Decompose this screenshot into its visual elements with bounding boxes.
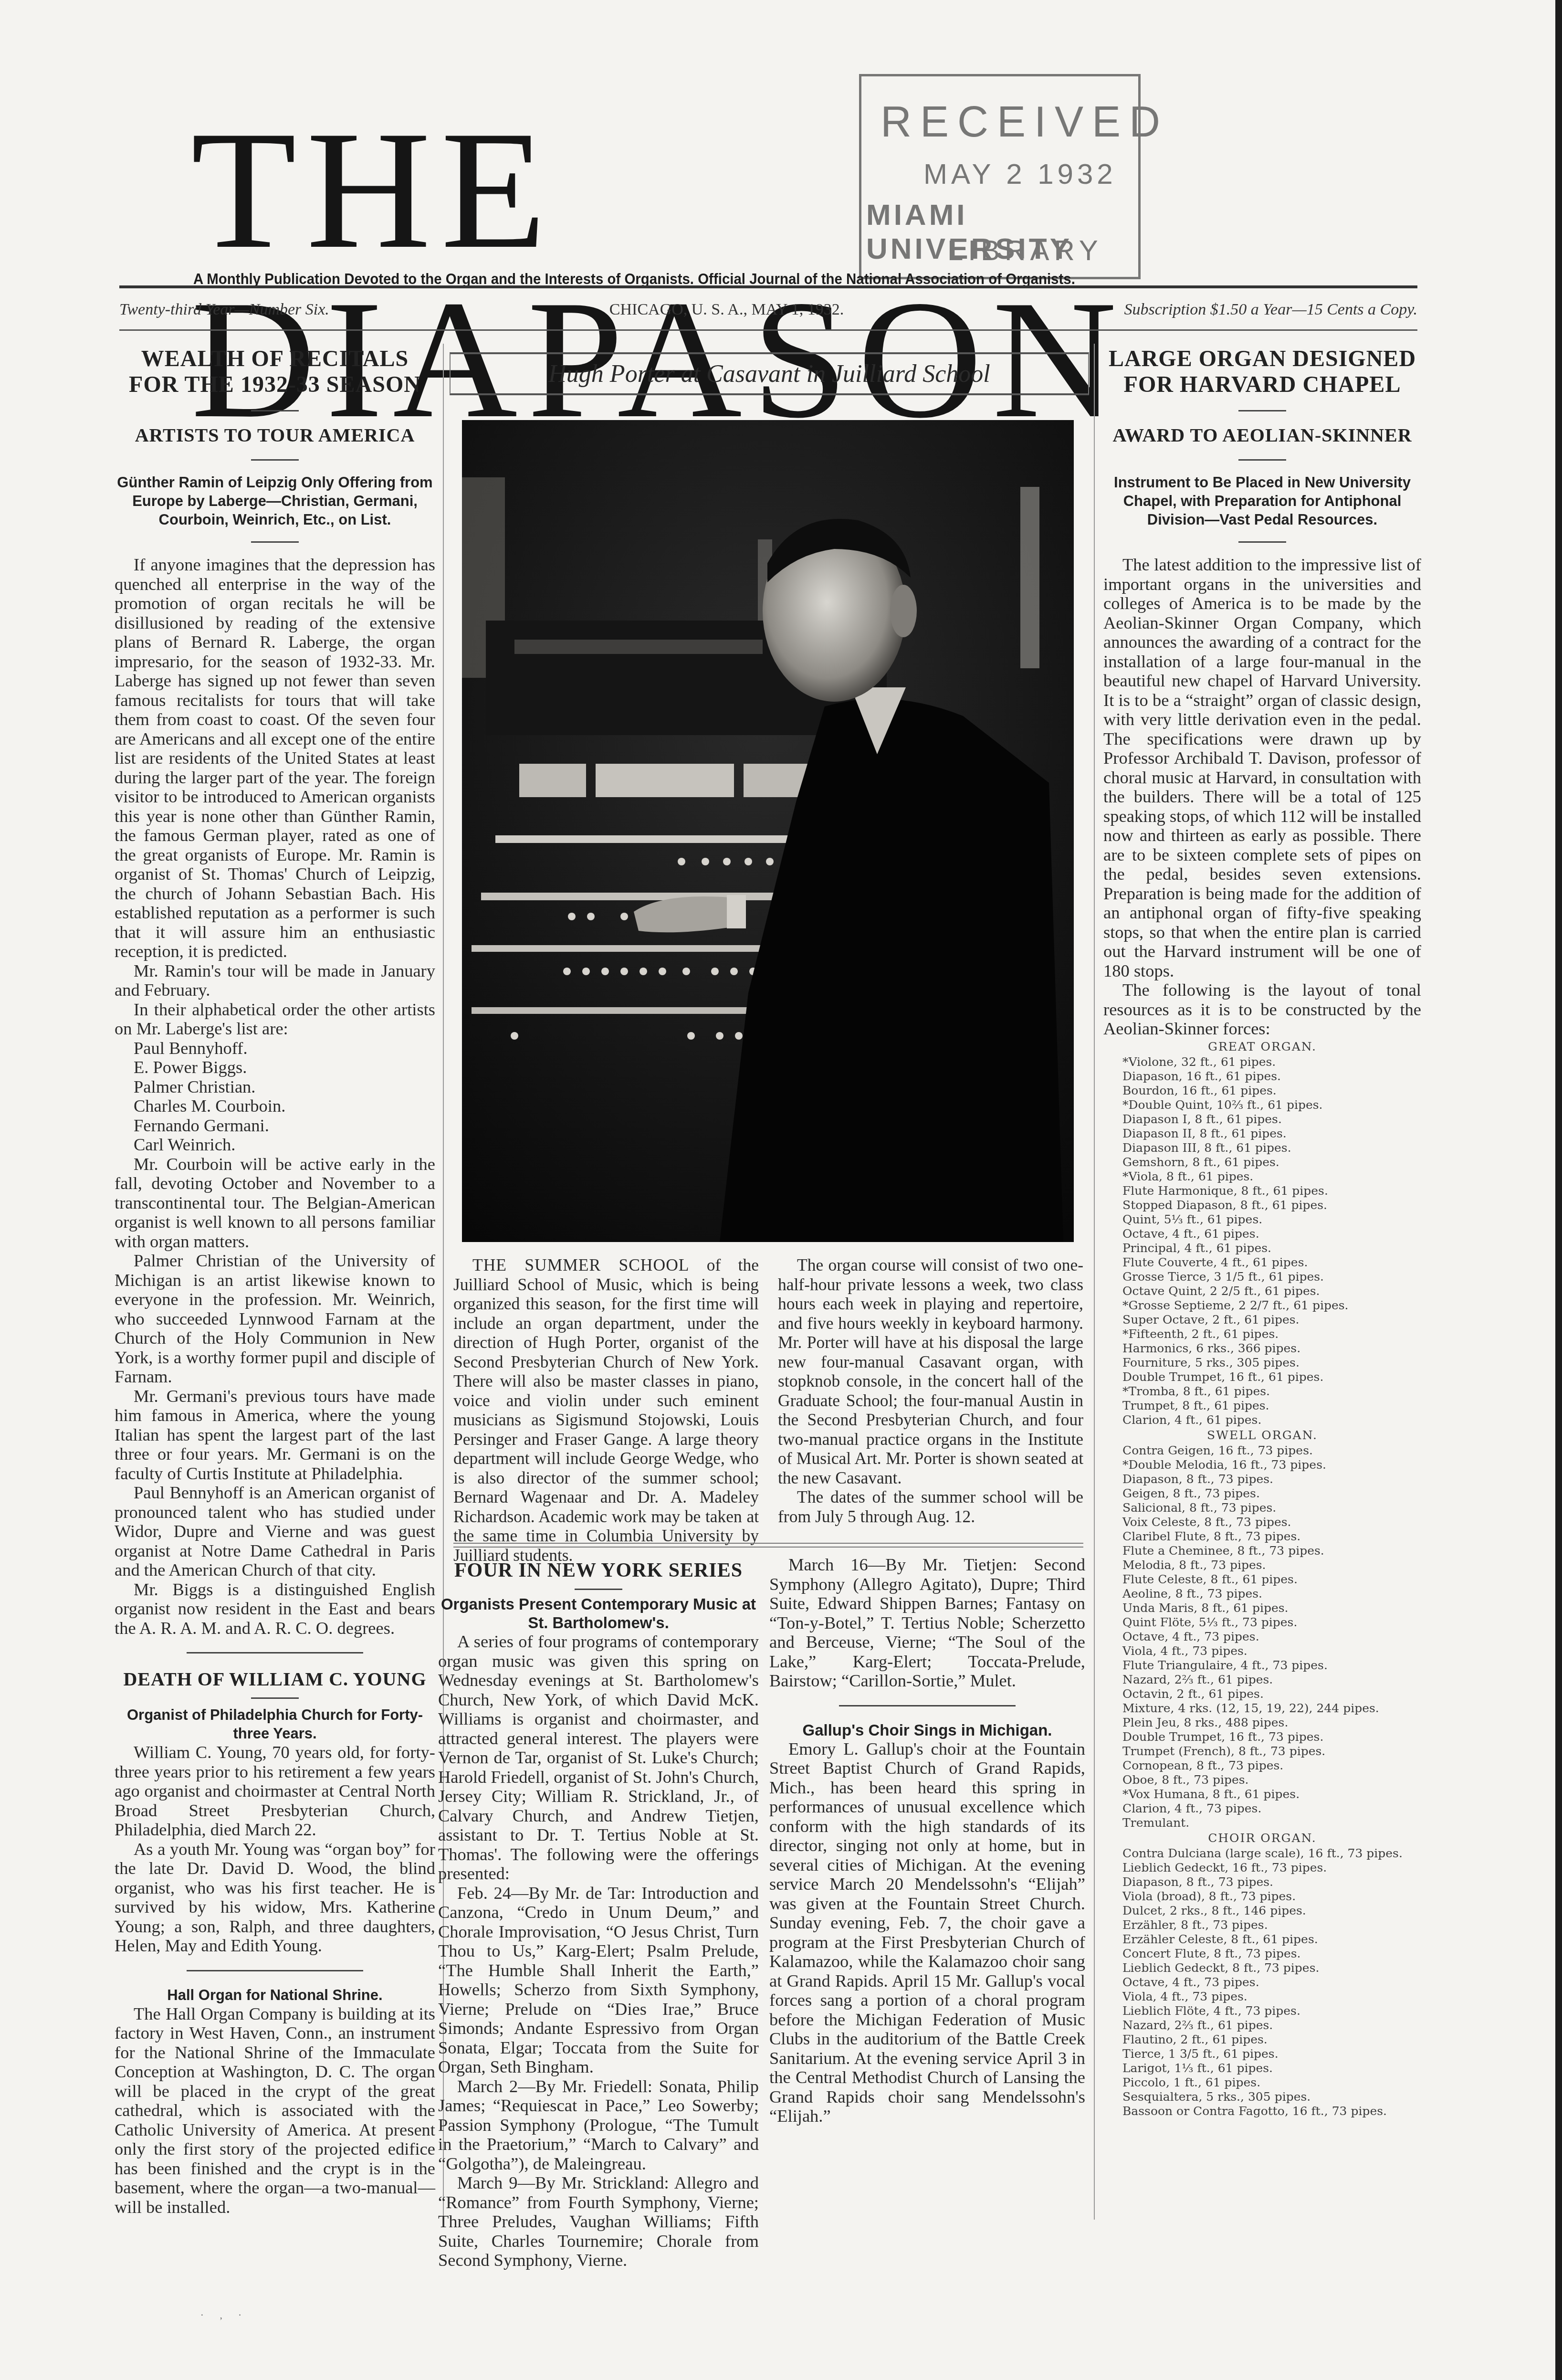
paragraph: The latest addition to the impressive li… xyxy=(1103,555,1421,980)
stop-list-item: Flute Couverte, 4 ft., 61 pipes. xyxy=(1103,1255,1421,1270)
stop-list-item: Harmonics, 6 rks., 366 pipes. xyxy=(1103,1341,1421,1356)
stop-list-item: Larigot, 1⅓ ft., 61 pipes. xyxy=(1103,2061,1421,2075)
division-title-choir: CHOIR ORGAN. xyxy=(1103,1831,1421,1845)
stop-list-item: Flautino, 2 ft., 61 pipes. xyxy=(1103,2032,1421,2047)
stop-list-item: Geigen, 8 ft., 73 pipes. xyxy=(1103,1486,1421,1501)
stop-list-item: Super Octave, 2 ft., 61 pipes. xyxy=(1103,1313,1421,1327)
stop-list-item: Lieblich Gedeckt, 8 ft., 73 pipes. xyxy=(1103,1961,1421,1975)
stop-list-item: Diapason, 8 ft., 73 pipes. xyxy=(1103,1472,1421,1486)
choir-organ-stops: Contra Dulciana (large scale), 16 ft., 7… xyxy=(1103,1846,1421,2118)
paragraph: As a youth Mr. Young was “organ boy” for… xyxy=(115,1840,435,1956)
divider xyxy=(187,1970,363,1971)
article-headline-recitals: WEALTH OF RECITALS FOR THE 1932-33 SEASO… xyxy=(115,346,435,398)
paragraph: Paul Bennyhoff is an American organist o… xyxy=(115,1483,435,1580)
stop-list-item: Principal, 4 ft., 61 pipes. xyxy=(1103,1241,1421,1255)
article-headline-new-york: FOUR IN NEW YORK SERIES xyxy=(438,1559,759,1582)
article-headline-gallup: Gallup's Choir Sings in Michigan. xyxy=(769,1721,1085,1739)
stop-list-item: Lieblich Flöte, 4 ft., 73 pipes. xyxy=(1103,2004,1421,2018)
stop-list-item: Octave, 4 ft., 73 pipes. xyxy=(1103,1630,1421,1644)
artist-name: E. Power Biggs. xyxy=(115,1058,435,1077)
stop-list-item: Tierce, 1 3/5 ft., 61 pipes. xyxy=(1103,2047,1421,2061)
swell-organ-stops: Contra Geigen, 16 ft., 73 pipes.*Double … xyxy=(1103,1443,1421,1830)
stop-list-item: Aeoline, 8 ft., 73 pipes. xyxy=(1103,1587,1421,1601)
stop-list-item: *Vox Humana, 8 ft., 61 pipes. xyxy=(1103,1787,1421,1801)
stop-list-item: Viola, 4 ft., 73 pipes. xyxy=(1103,1644,1421,1658)
stop-list-item: Diapason II, 8 ft., 61 pipes. xyxy=(1103,1127,1421,1141)
stop-list-item: Clarion, 4 ft., 73 pipes. xyxy=(1103,1801,1421,1816)
paragraph-text: of the Juilliard School of Music, which … xyxy=(453,1255,759,1565)
stamp-library: LIBRARY xyxy=(947,234,1103,267)
new-york-series-article: FOUR IN NEW YORK SERIES Organists Presen… xyxy=(438,1555,759,2270)
photo-headline: Hugh Porter at Casavant in Juilliard Sch… xyxy=(548,360,990,388)
section-rule xyxy=(453,1543,1083,1548)
stop-list-item: Claribel Flute, 8 ft., 73 pipes. xyxy=(1103,1529,1421,1544)
paragraph: The dates of the summer school will be f… xyxy=(778,1487,1083,1526)
stop-list-item: *Viola, 8 ft., 61 pipes. xyxy=(1103,1169,1421,1184)
stop-list-item: Flute Triangulaire, 4 ft., 73 pipes. xyxy=(1103,1658,1421,1673)
stop-list-item: Sesquialtera, 5 rks., 305 pipes. xyxy=(1103,2090,1421,2104)
column-rule xyxy=(1094,344,1095,2220)
date-place: CHICAGO, U. S. A., MAY 1, 1932. xyxy=(609,301,844,319)
stamp-date: MAY 2 1932 xyxy=(923,158,1117,190)
left-column: WEALTH OF RECITALS FOR THE 1932-33 SEASO… xyxy=(115,341,435,2217)
stop-list-item: Flute Celeste, 8 ft., 61 pipes. xyxy=(1103,1572,1421,1587)
masthead-rule xyxy=(119,285,1417,288)
stop-list-item: *Double Melodia, 16 ft., 73 pipes. xyxy=(1103,1458,1421,1472)
stop-list-item: Tremulant. xyxy=(1103,1816,1421,1830)
article-headline-harvard: LARGE ORGAN DESIGNED FOR HARVARD CHAPEL xyxy=(1103,346,1421,398)
stop-list-item: Diapason, 16 ft., 61 pipes. xyxy=(1103,1069,1421,1084)
divider xyxy=(251,459,299,461)
paragraph: The Hall Organ Company is building at it… xyxy=(115,2004,435,2217)
stop-list-item: Viola (broad), 8 ft., 73 pipes. xyxy=(1103,1889,1421,1904)
stop-list-item: Nazard, 2⅔ ft., 61 pipes. xyxy=(1103,1673,1421,1687)
article-deck-ramin: Günther Ramin of Leipzig Only Offering f… xyxy=(115,473,435,529)
lead-caps: THE SUMMER SCHOOL xyxy=(472,1255,689,1274)
divider xyxy=(839,1705,1016,1706)
stop-list-item: Octave, 4 ft., 61 pipes. xyxy=(1103,1227,1421,1241)
stop-list-item: Octave, 4 ft., 73 pipes. xyxy=(1103,1975,1421,1990)
stop-list-item: Octavin, 2 ft., 61 pipes. xyxy=(1103,1687,1421,1701)
paragraph: March 16—By Mr. Tietjen: Second Symphony… xyxy=(769,1555,1085,1691)
division-title-great: GREAT ORGAN. xyxy=(1103,1040,1421,1054)
stop-list-item: Unda Maris, 8 ft., 61 pipes. xyxy=(1103,1601,1421,1615)
artist-list: Paul Bennyhoff. E. Power Biggs. Palmer C… xyxy=(115,1039,435,1155)
stop-list-item: Mixture, 4 rks. (12, 15, 19, 22), 244 pi… xyxy=(1103,1701,1421,1716)
divider xyxy=(251,410,299,411)
paragraph: Mr. Biggs is a distinguished English org… xyxy=(115,1580,435,1638)
stop-list-item: Cornopean, 8 ft., 73 pipes. xyxy=(1103,1759,1421,1773)
stop-list-item: Gemshorn, 8 ft., 61 pipes. xyxy=(1103,1155,1421,1169)
paragraph: Palmer Christian of the University of Mi… xyxy=(115,1251,435,1387)
hugh-porter-photo xyxy=(462,420,1074,1242)
stop-list-item: Stopped Diapason, 8 ft., 61 pipes. xyxy=(1103,1198,1421,1212)
paragraph: Mr. Ramin's tour will be made in January… xyxy=(115,961,435,1000)
article-headline-young: DEATH OF WILLIAM C. YOUNG xyxy=(115,1668,435,1691)
stop-list-item: *Tromba, 8 ft., 61 pipes. xyxy=(1103,1384,1421,1399)
paragraph: Mr. Germani's previous tours have made h… xyxy=(115,1387,435,1484)
summer-school-article: THE SUMMER SCHOOL of the Juilliard Schoo… xyxy=(453,1255,1083,1565)
stop-list-item: Double Trumpet, 16 ft., 61 pipes. xyxy=(1103,1370,1421,1384)
paragraph: In their alphabetical order the other ar… xyxy=(115,1000,435,1039)
stop-list-item: Piccolo, 1 ft., 61 pipes. xyxy=(1103,2075,1421,2090)
stop-list-item: Clarion, 4 ft., 61 pipes. xyxy=(1103,1413,1421,1427)
volume-number: Twenty-third Year—Number Six. xyxy=(119,301,329,319)
stop-list-item: Bassoon or Contra Fagotto, 16 ft., 73 pi… xyxy=(1103,2104,1421,2118)
stop-list-item: Quint, 5⅓ ft., 61 pipes. xyxy=(1103,1212,1421,1227)
stop-list-item: Trumpet (French), 8 ft., 73 pipes. xyxy=(1103,1744,1421,1759)
great-organ-stops: *Violone, 32 ft., 61 pipes.Diapason, 16 … xyxy=(1103,1055,1421,1427)
divider xyxy=(1238,459,1286,461)
divider xyxy=(1238,410,1286,411)
stop-list-item: Contra Geigen, 16 ft., 73 pipes. xyxy=(1103,1443,1421,1458)
paragraph: The organ course will consist of two one… xyxy=(778,1255,1083,1487)
stop-list-item: Voix Celeste, 8 ft., 73 pipes. xyxy=(1103,1515,1421,1529)
article-subhead-artists: ARTISTS TO TOUR AMERICA xyxy=(115,424,435,447)
stop-list-item: Flute a Cheminee, 8 ft., 73 pipes. xyxy=(1103,1544,1421,1558)
stop-list-item: Plein Jeu, 8 rks., 488 pipes. xyxy=(1103,1716,1421,1730)
stop-list-item: Quint Flöte, 5⅓ ft., 73 pipes. xyxy=(1103,1615,1421,1630)
paragraph: The following is the layout of tonal res… xyxy=(1103,980,1421,1039)
photo-illustration xyxy=(462,420,1074,1242)
article-headline-hall-organ: Hall Organ for National Shrine. xyxy=(115,1986,435,2004)
stop-list-item: Contra Dulciana (large scale), 16 ft., 7… xyxy=(1103,1846,1421,1861)
right-column: LARGE ORGAN DESIGNED FOR HARVARD CHAPEL … xyxy=(1103,341,1421,2118)
stop-list-item: Melodia, 8 ft., 73 pipes. xyxy=(1103,1558,1421,1572)
stop-list-item: Oboe, 8 ft., 73 pipes. xyxy=(1103,1773,1421,1787)
paragraph: March 2—By Mr. Friedell: Sonata, Philip … xyxy=(438,2077,759,2174)
dateline-rule xyxy=(119,329,1417,331)
stop-list-item: Erzähler, 8 ft., 73 pipes. xyxy=(1103,1918,1421,1932)
stop-list-item: *Grosse Septieme, 2 2/7 ft., 61 pipes. xyxy=(1103,1298,1421,1313)
artist-name: Carl Weinrich. xyxy=(115,1135,435,1155)
newspaper-page: THE DIAPASON RECEIVED MAY 2 1932 MIAMI U… xyxy=(0,0,1562,2380)
scan-edge xyxy=(1555,0,1562,2380)
stop-list-item: Fourniture, 5 rks., 305 pipes. xyxy=(1103,1356,1421,1370)
paragraph: If anyone imagines that the depression h… xyxy=(115,555,435,961)
artist-name: Palmer Christian. xyxy=(115,1077,435,1097)
stop-list-item: *Fifteenth, 2 ft., 61 pipes. xyxy=(1103,1327,1421,1341)
stop-list-item: Viola, 4 ft., 73 pipes. xyxy=(1103,1990,1421,2004)
article-deck-bartholomew: Organists Present Contemporary Music at … xyxy=(438,1595,759,1632)
new-york-series-continued: March 16—By Mr. Tietjen: Second Symphony… xyxy=(769,1555,1085,2126)
stop-list-item: Double Trumpet, 16 ft., 73 pipes. xyxy=(1103,1730,1421,1744)
article-subhead-aeolian: AWARD TO AEOLIAN-SKINNER xyxy=(1103,424,1421,447)
summer-school-col-1: THE SUMMER SCHOOL of the Juilliard Schoo… xyxy=(453,1255,759,1565)
paragraph: Feb. 24—By Mr. de Tar: Introduction and … xyxy=(438,1884,759,2077)
stop-list-item: Dulcet, 2 rks., 8 ft., 146 pipes. xyxy=(1103,1904,1421,1918)
paragraph: Emory L. Gallup's choir at the Fountain … xyxy=(769,1739,1085,2126)
stop-list-item: Lieblich Gedeckt, 16 ft., 73 pipes. xyxy=(1103,1861,1421,1875)
paragraph: Mr. Courboin will be active early in the… xyxy=(115,1155,435,1252)
paragraph: March 9—By Mr. Strickland: Allegro and “… xyxy=(438,2173,759,2270)
summer-school-col-2: The organ course will consist of two one… xyxy=(778,1255,1083,1565)
stop-list-item: Diapason III, 8 ft., 61 pipes. xyxy=(1103,1141,1421,1155)
stop-list-item: *Violone, 32 ft., 61 pipes. xyxy=(1103,1055,1421,1069)
divider xyxy=(575,1589,622,1590)
artist-name: Fernando Germani. xyxy=(115,1116,435,1136)
photo-headline-box: Hugh Porter at Casavant in Juilliard Sch… xyxy=(450,352,1089,395)
scan-specks: · ‚ · xyxy=(200,2310,248,2321)
article-deck-harvard: Instrument to Be Placed in New Universit… xyxy=(1103,473,1421,529)
stop-list-item: Grosse Tierce, 3 1/5 ft., 61 pipes. xyxy=(1103,1270,1421,1284)
paragraph: THE SUMMER SCHOOL of the Juilliard Schoo… xyxy=(453,1255,759,1565)
stop-list-item: Concert Flute, 8 ft., 73 pipes. xyxy=(1103,1947,1421,1961)
stop-list-item: Bourdon, 16 ft., 61 pipes. xyxy=(1103,1084,1421,1098)
stop-list-item: Diapason I, 8 ft., 61 pipes. xyxy=(1103,1112,1421,1127)
subscription-price: Subscription $1.50 a Year—15 Cents a Cop… xyxy=(1124,301,1417,319)
artist-name: Charles M. Courboin. xyxy=(115,1096,435,1116)
dateline-bar: Twenty-third Year—Number Six. CHICAGO, U… xyxy=(119,301,1417,319)
stop-list-item: Octave Quint, 2 2/5 ft., 61 pipes. xyxy=(1103,1284,1421,1298)
stop-list-item: Salicional, 8 ft., 73 pipes. xyxy=(1103,1501,1421,1515)
divider xyxy=(251,1697,299,1699)
paragraph: A series of four programs of contemporar… xyxy=(438,1632,759,1884)
artist-name: Paul Bennyhoff. xyxy=(115,1039,435,1058)
stamp-received: RECEIVED xyxy=(881,98,1169,147)
stop-list-item: Flute Harmonique, 8 ft., 61 pipes. xyxy=(1103,1184,1421,1198)
paragraph: William C. Young, 70 years old, for fort… xyxy=(115,1743,435,1840)
stop-list: GREAT ORGAN. *Violone, 32 ft., 61 pipes.… xyxy=(1103,1040,1421,2118)
stop-list-item: Diapason, 8 ft., 73 pipes. xyxy=(1103,1875,1421,1889)
stop-list-item: *Double Quint, 10⅔ ft., 61 pipes. xyxy=(1103,1098,1421,1112)
divider xyxy=(251,541,299,543)
divider xyxy=(187,1652,363,1653)
stop-list-item: Erzähler Celeste, 8 ft., 61 pipes. xyxy=(1103,1932,1421,1947)
library-received-stamp: RECEIVED MAY 2 1932 MIAMI UNIVERSITY LIB… xyxy=(859,74,1141,279)
stop-list-item: Trumpet, 8 ft., 61 pipes. xyxy=(1103,1399,1421,1413)
divider xyxy=(1238,541,1286,543)
division-title-swell: SWELL ORGAN. xyxy=(1103,1428,1421,1443)
article-deck-young: Organist of Philadelphia Church for Fort… xyxy=(115,1706,435,1743)
stop-list-item: Nazard, 2⅔ ft., 61 pipes. xyxy=(1103,2018,1421,2032)
